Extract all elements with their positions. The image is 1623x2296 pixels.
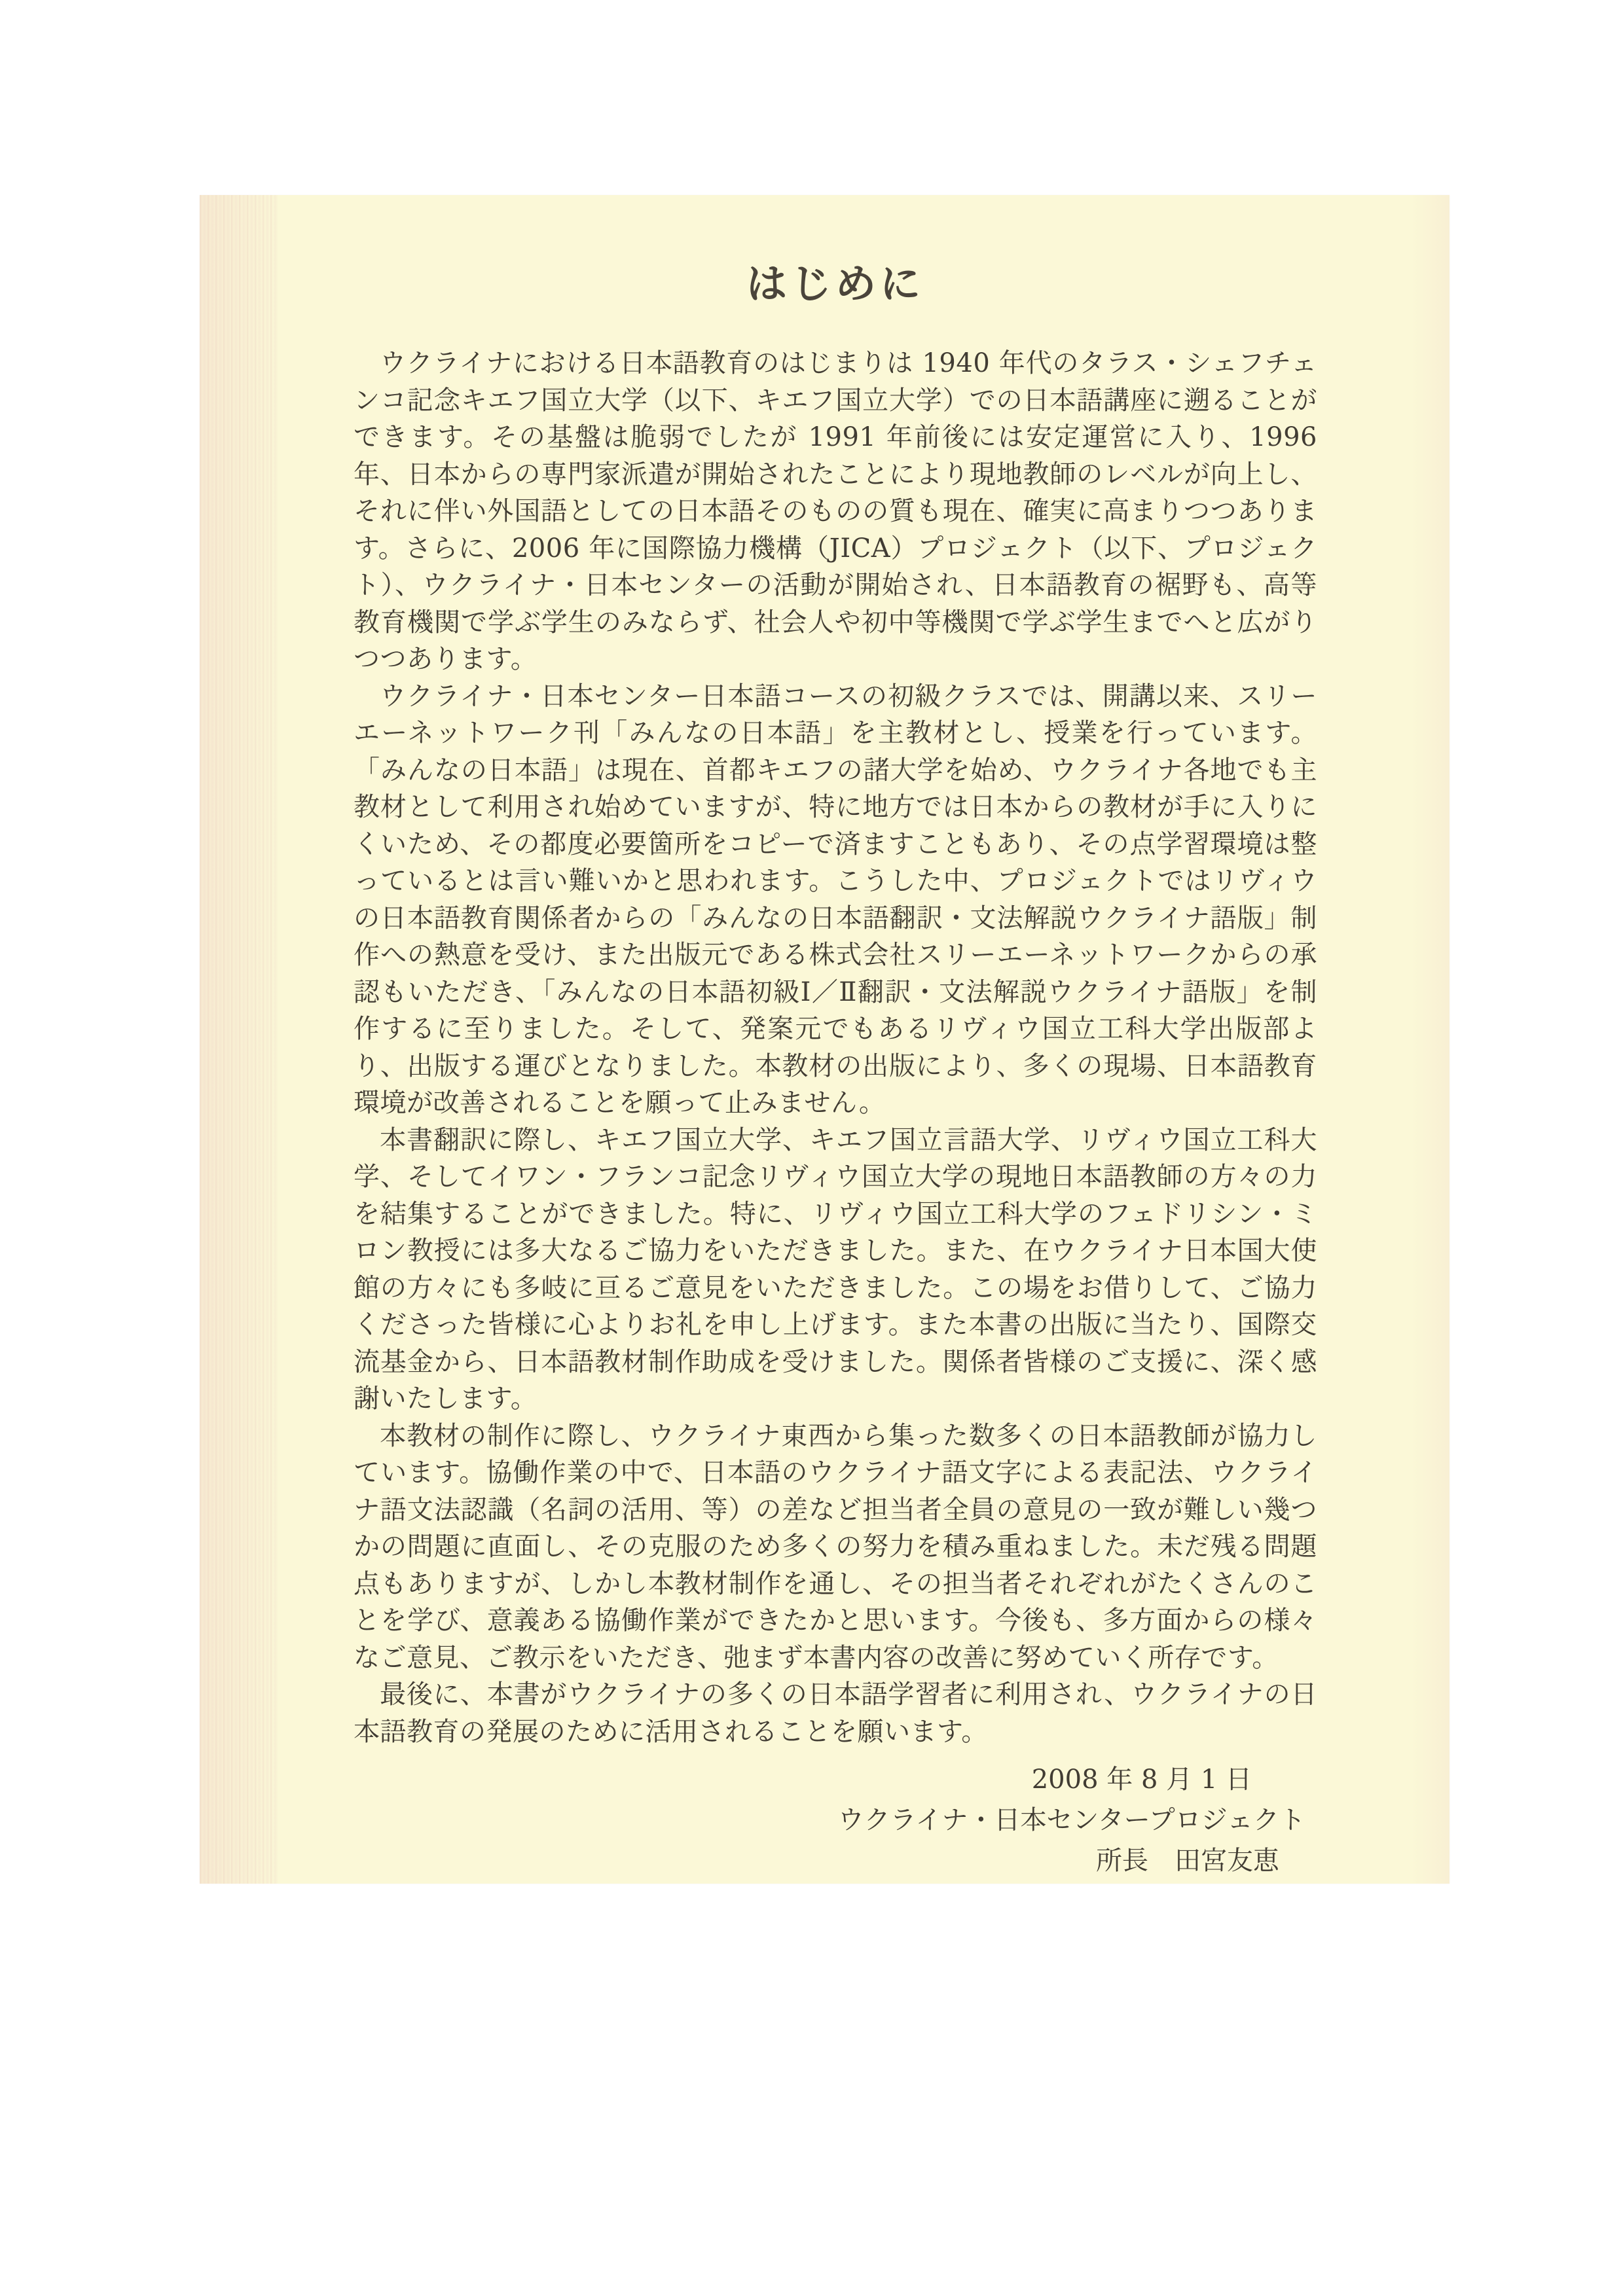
page-title: はじめに xyxy=(354,251,1317,310)
date-line: 2008 年 8 月 1 日 xyxy=(354,1759,1317,1800)
paragraph: 最後に、本書がウクライナの多くの日本語学習者に利用され、ウクライナの日本語教育の… xyxy=(354,1676,1317,1750)
organization-line: ウクライナ・日本センタープロジェクト xyxy=(354,1800,1317,1840)
scan-backdrop: はじめに ウクライナにおける日本語教育のはじまりは 1940 年代のタラス・シェ… xyxy=(0,0,1623,2296)
paragraph: 本書翻訳に際し、キエフ国立大学、キエフ国立言語大学、リヴィウ国立工科大学、そして… xyxy=(354,1122,1317,1418)
paragraph: 本教材の制作に際し、ウクライナ東西から集った数多くの日本語教師が協力しています。… xyxy=(354,1418,1317,1677)
page-content: はじめに ウクライナにおける日本語教育のはじまりは 1940 年代のタラス・シェ… xyxy=(354,195,1317,1881)
document-page: はじめに ウクライナにおける日本語教育のはじまりは 1940 年代のタラス・シェ… xyxy=(200,195,1450,1884)
colophon: 2008 年 8 月 1 日 ウクライナ・日本センタープロジェクト 所長 田宮友… xyxy=(354,1759,1317,1881)
body-text: ウクライナにおける日本語教育のはじまりは 1940 年代のタラス・シェフチェンコ… xyxy=(354,345,1317,1750)
signer-line: 所長 田宮友恵 xyxy=(354,1840,1317,1881)
paragraph: ウクライナ・日本センター日本語コースの初級クラスでは、開講以来、スリーエーネット… xyxy=(354,678,1317,1122)
paragraph: ウクライナにおける日本語教育のはじまりは 1940 年代のタラス・シェフチェンコ… xyxy=(354,345,1317,678)
